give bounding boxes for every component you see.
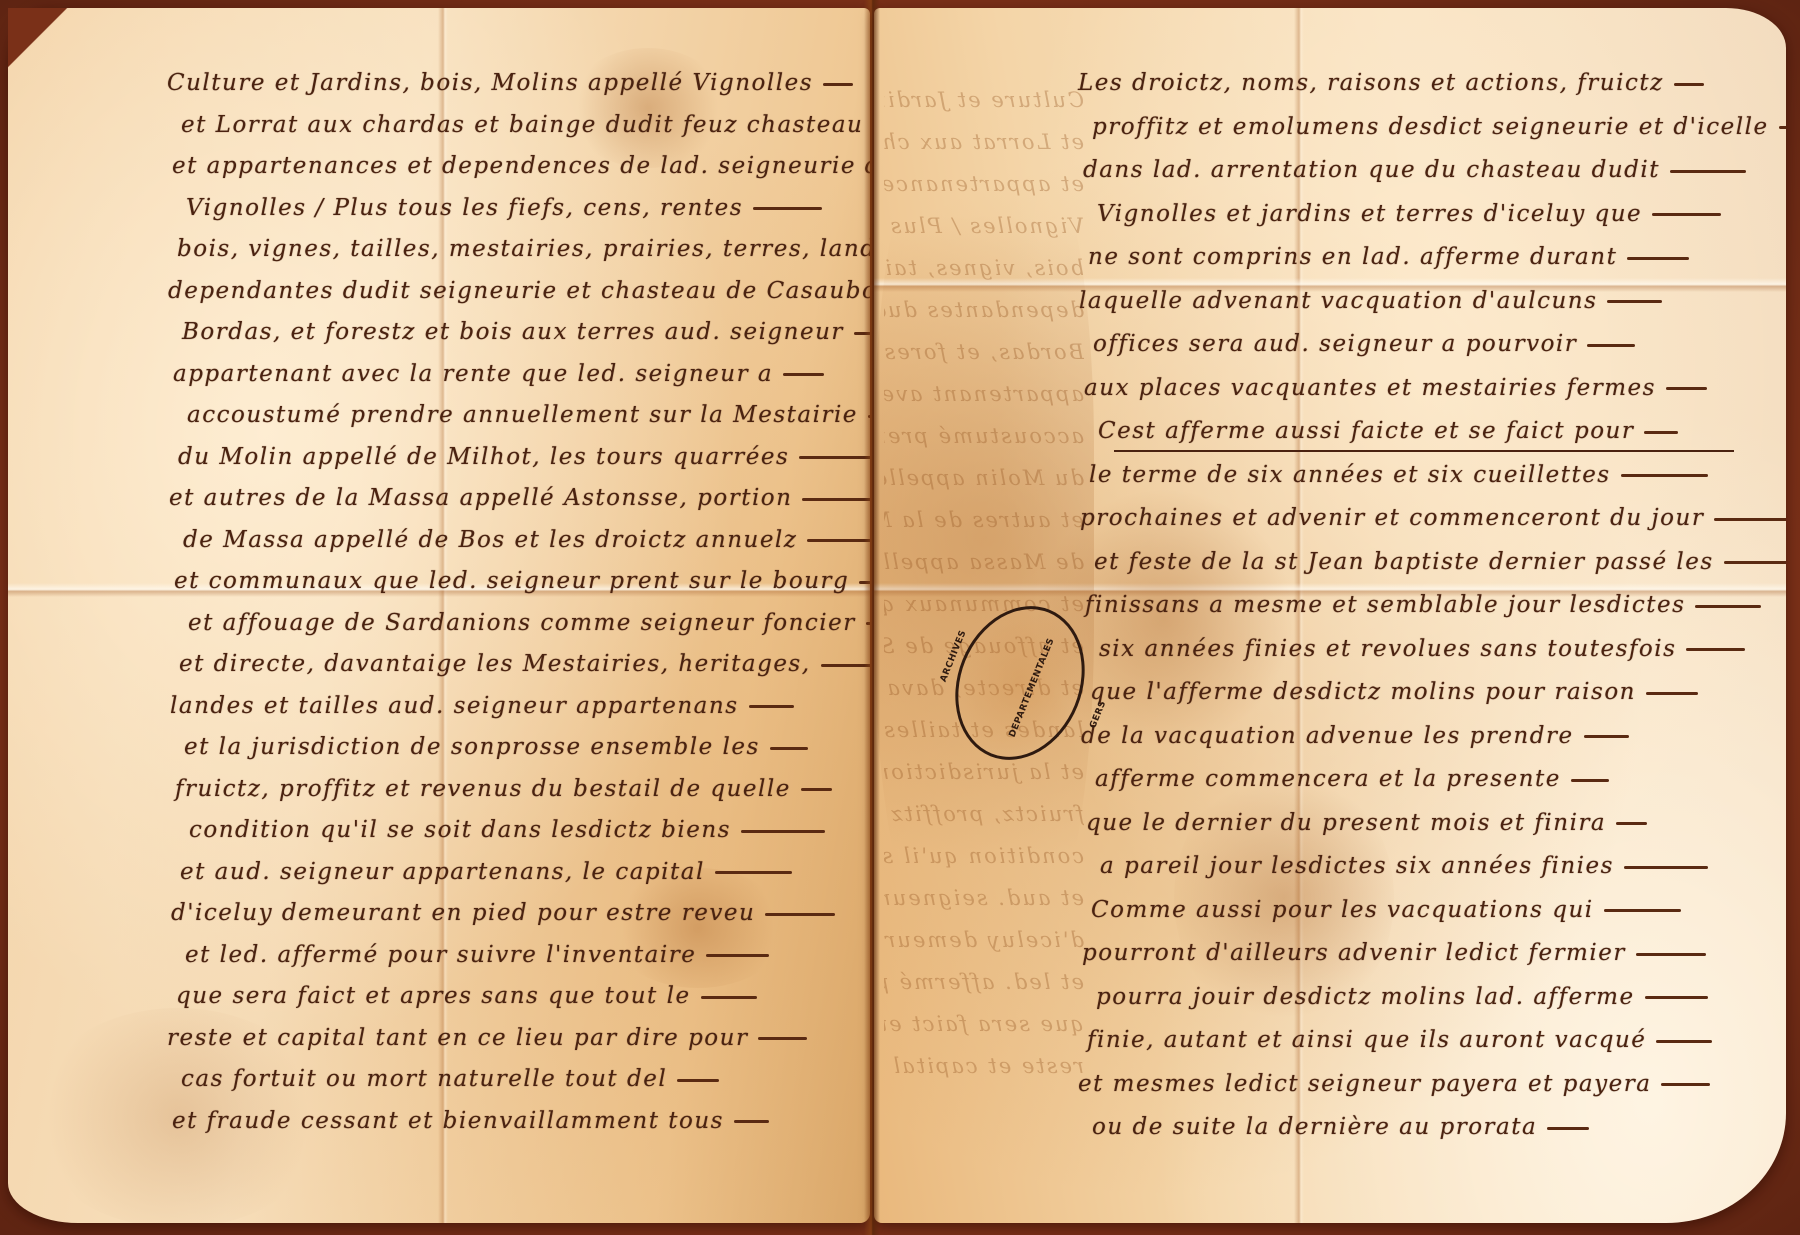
line-text: laquelle advenant vacquation d'aulcuns [1079, 288, 1597, 314]
line-text: reste et capital tant en ce lieu par dir… [167, 1025, 748, 1051]
line-filler-stroke [1616, 822, 1647, 825]
line-text: et feste de la st Jean baptiste dernier … [1094, 549, 1714, 575]
line-filler-stroke [1670, 170, 1746, 173]
line-text: du Molin appellé de Milhot, les tours qu… [178, 444, 789, 470]
line-text: de Massa appellé de Bos et les droictz a… [183, 527, 797, 553]
manuscript-line: pourront d'ailleurs advenir ledict fermi… [1082, 940, 1706, 966]
line-text: cas fortuit ou mort naturelle tout del [181, 1066, 667, 1092]
line-filler-stroke [1646, 692, 1698, 695]
line-filler-stroke [753, 207, 822, 210]
line-text: et directe, davantaige les Mestairies, h… [179, 651, 811, 677]
manuscript-line: Cest afferme aussi faicte et se faict po… [1098, 418, 1678, 444]
line-text: et affouage de Sardanions comme seigneur… [188, 610, 856, 636]
line-text: ne sont comprins en lad. afferme durant [1088, 244, 1617, 270]
manuscript-line: du Molin appellé de Milhot, les tours qu… [178, 444, 870, 470]
line-text: finie, autant et ainsi que ils auront va… [1087, 1027, 1646, 1053]
line-filler-stroke [1607, 300, 1662, 303]
manuscript-line: que sera faict et apres sans que tout le [176, 983, 757, 1009]
line-filler-stroke [1779, 126, 1786, 129]
manuscript-line: cas fortuit ou mort naturelle tout del [181, 1066, 719, 1092]
manuscript-line: et Lorrat aux chardas et bainge dudit fe… [181, 112, 870, 138]
line-filler-stroke [1644, 431, 1678, 434]
line-text: ou de suite la dernière au prorata [1092, 1114, 1537, 1140]
binding-gutter [864, 0, 880, 1235]
line-filler-stroke [758, 1037, 807, 1040]
line-text: Les droictz, noms, raisons et actions, f… [1078, 70, 1664, 96]
line-text: Bordas, et forestz et bois aux terres au… [182, 319, 844, 345]
manuscript-photo: Culture et Jardins, bois, Molins appellé… [0, 0, 1800, 1235]
line-text: et autres de la Massa appellé Astonsse, … [169, 485, 792, 511]
line-text: que sera faict et apres sans que tout le [176, 983, 691, 1009]
manuscript-line: finissans a mesme et semblable jour lesd… [1085, 592, 1761, 618]
manuscript-line: et appartenances et dependences de lad. … [172, 153, 870, 179]
manuscript-line: et mesmes ledict seigneur payera et paye… [1078, 1071, 1710, 1097]
manuscript-line: fruictz, proffitz et revenus du bestail … [175, 776, 832, 802]
manuscript-line: Bordas, et forestz et bois aux terres au… [182, 319, 870, 345]
line-filler-stroke [783, 373, 824, 376]
line-text: et la jurisdiction de sonprosse ensemble… [184, 734, 760, 760]
line-text: bois, vignes, tailles, mestairies, prair… [177, 236, 870, 262]
manuscript-line: Vignolles et jardins et terres d'iceluy … [1097, 201, 1721, 227]
line-filler-stroke [706, 954, 769, 957]
line-filler-stroke [741, 830, 825, 833]
line-text: et Lorrat aux chardas et bainge dudit fe… [181, 112, 863, 138]
line-filler-stroke [1656, 1040, 1712, 1043]
manuscript-line: de Massa appellé de Bos et les droictz a… [183, 527, 870, 553]
line-text: Vignolles / Plus tous les fiefs, cens, r… [186, 195, 743, 221]
line-text: dependantes dudit seigneurie et chasteau… [168, 278, 870, 304]
line-filler-stroke [1724, 561, 1786, 564]
manuscript-line: laquelle advenant vacquation d'aulcuns [1079, 288, 1662, 314]
manuscript-line: d'iceluy demeurant en pied pour estre re… [171, 900, 835, 926]
manuscript-line: de la vacquation advenue les prendre [1081, 723, 1629, 749]
manuscript-line: prochaines et advenir et commenceront du… [1080, 505, 1786, 531]
manuscript-line: dependantes dudit seigneurie et chasteau… [168, 278, 870, 304]
line-text: que l'afferme desdictz molins pour raiso… [1090, 679, 1636, 705]
line-text: et led. affermé pour suivre l'inventaire [185, 942, 696, 968]
line-filler-stroke [1636, 953, 1706, 956]
stamp-line-2: DEPARTEMENTALES [1006, 636, 1059, 740]
manuscript-line: offices sera aud. seigneur a pourvoir [1093, 331, 1635, 357]
manuscript-line: et autres de la Massa appellé Astonsse, … [169, 485, 870, 511]
line-text: landes et tailles aud. seigneur apparten… [170, 693, 739, 719]
line-filler-stroke [1627, 257, 1689, 260]
manuscript-line: six années finies et revolues sans toute… [1099, 636, 1745, 662]
manuscript-line: condition qu'il se soit dans lesdictz bi… [189, 817, 825, 843]
manuscript-line: reste et capital tant en ce lieu par dir… [167, 1025, 807, 1051]
stamp-line-3: GERS [1086, 699, 1110, 731]
manuscript-line: et feste de la st Jean baptiste dernier … [1094, 549, 1786, 575]
manuscript-line: Comme aussi pour les vacquations qui [1091, 897, 1681, 923]
line-text: a pareil jour lesdictes six années finie… [1100, 853, 1614, 879]
line-filler-stroke [1645, 996, 1708, 999]
manuscript-line: dans lad. arrentation que du chasteau du… [1083, 157, 1746, 183]
line-filler-stroke [1661, 1083, 1710, 1086]
line-text: dans lad. arrentation que du chasteau du… [1083, 157, 1660, 183]
line-filler-stroke [1695, 605, 1761, 608]
manuscript-line: et led. affermé pour suivre l'inventaire [185, 942, 769, 968]
manuscript-line: ne sont comprins en lad. afferme durant [1088, 244, 1689, 270]
line-text: Culture et Jardins, bois, Molins appellé… [167, 70, 813, 96]
manuscript-line: pourra jouir desdictz molins lad. afferm… [1096, 984, 1708, 1010]
line-filler-stroke [1547, 1127, 1589, 1130]
line-filler-stroke [1666, 387, 1707, 390]
line-filler-stroke [823, 83, 853, 86]
line-filler-stroke [1686, 648, 1745, 651]
line-filler-stroke [799, 456, 870, 459]
line-text: fruictz, proffitz et revenus du bestail … [175, 776, 791, 802]
line-text: et mesmes ledict seigneur payera et paye… [1078, 1071, 1651, 1097]
manuscript-line: et affouage de Sardanions comme seigneur… [188, 610, 870, 636]
line-text: finissans a mesme et semblable jour lesd… [1085, 592, 1685, 618]
line-filler-stroke [715, 871, 792, 874]
line-filler-stroke [701, 996, 757, 999]
torn-corner [8, 8, 78, 68]
line-filler-stroke [1587, 344, 1635, 347]
line-filler-stroke [1621, 474, 1708, 477]
line-filler-stroke [807, 539, 870, 542]
line-text: Comme aussi pour les vacquations qui [1091, 897, 1594, 923]
manuscript-line: proffitz et emolumens desdict seigneurie… [1092, 114, 1786, 140]
manuscript-line: et la jurisdiction de sonprosse ensemble… [184, 734, 808, 760]
line-text: proffitz et emolumens desdict seigneurie… [1092, 114, 1769, 140]
manuscript-line: ou de suite la dernière au prorata [1092, 1114, 1589, 1140]
manuscript-line: appartenant avec la rente que led. seign… [173, 361, 824, 387]
line-text: pourront d'ailleurs advenir ledict fermi… [1082, 940, 1626, 966]
manuscript-line: et aud. seigneur appartenans, le capital [180, 859, 792, 885]
manuscript-line: finie, autant et ainsi que ils auront va… [1087, 1027, 1712, 1053]
line-filler-stroke [1652, 213, 1721, 216]
manuscript-line: accoustumé prendre annuellement sur la M… [187, 402, 870, 428]
line-text: et appartenances et dependences de lad. … [172, 153, 870, 179]
line-text: pourra jouir desdictz molins lad. afferm… [1096, 984, 1635, 1010]
line-filler-stroke [1604, 909, 1681, 912]
line-text: offices sera aud. seigneur a pourvoir [1093, 331, 1577, 357]
line-text: accoustumé prendre annuellement sur la M… [187, 402, 858, 428]
manuscript-line: Les droictz, noms, raisons et actions, f… [1078, 70, 1704, 96]
line-filler-stroke [1674, 83, 1704, 86]
line-text: et communaux que led. seigneur prent sur… [174, 568, 849, 594]
line-text: et aud. seigneur appartenans, le capital [180, 859, 705, 885]
line-text: de la vacquation advenue les prendre [1081, 723, 1574, 749]
line-text: Cest afferme aussi faicte et se faict po… [1098, 418, 1634, 444]
left-page-text: Culture et Jardins, bois, Molins appellé… [8, 8, 870, 1223]
line-text: le terme de six années et six cueillette… [1089, 462, 1611, 488]
manuscript-line: a pareil jour lesdictes six années finie… [1100, 853, 1708, 879]
manuscript-line: que le dernier du present mois et finira [1086, 810, 1647, 836]
line-text: d'iceluy demeurant en pied pour estre re… [171, 900, 755, 926]
line-filler-stroke [765, 913, 835, 916]
line-filler-stroke [1714, 518, 1786, 521]
line-filler-stroke [749, 705, 794, 708]
line-filler-stroke [802, 498, 870, 501]
stamp-line-1: ARCHIVES [937, 628, 971, 684]
manuscript-line: et communaux que led. seigneur prent sur… [174, 568, 870, 594]
line-filler-stroke [770, 747, 808, 750]
line-filler-stroke [821, 664, 870, 667]
line-filler-stroke [677, 1079, 719, 1082]
line-text: et fraude cessant et bienvaillamment tou… [172, 1108, 724, 1134]
line-text: aux places vacquantes et mestairies ferm… [1084, 375, 1656, 401]
line-text: appartenant avec la rente que led. seign… [173, 361, 773, 387]
line-text: afferme commencera et la presente [1095, 766, 1561, 792]
manuscript-line: le terme de six années et six cueillette… [1089, 462, 1708, 488]
line-filler-stroke [734, 1120, 769, 1123]
manuscript-line: que l'afferme desdictz molins pour raiso… [1090, 679, 1698, 705]
line-filler-stroke [801, 788, 832, 791]
left-page: Culture et Jardins, bois, Molins appellé… [8, 8, 870, 1223]
line-text: que le dernier du present mois et finira [1086, 810, 1606, 836]
manuscript-line: afferme commencera et la presente [1095, 766, 1609, 792]
manuscript-line: aux places vacquantes et mestairies ferm… [1084, 375, 1707, 401]
line-text: condition qu'il se soit dans lesdictz bi… [189, 817, 731, 843]
manuscript-line: landes et tailles aud. seigneur apparten… [170, 693, 794, 719]
line-filler-stroke [1571, 779, 1609, 782]
line-text: prochaines et advenir et commenceront du… [1080, 505, 1704, 531]
line-text: six années finies et revolues sans toute… [1099, 636, 1676, 662]
line-text: Vignolles et jardins et terres d'iceluy … [1097, 201, 1642, 227]
underline-rule [1114, 450, 1734, 452]
manuscript-line: Vignolles / Plus tous les fiefs, cens, r… [186, 195, 822, 221]
manuscript-line: Culture et Jardins, bois, Molins appellé… [167, 70, 853, 96]
manuscript-line: bois, vignes, tailles, mestairies, prair… [177, 236, 870, 262]
line-filler-stroke [1584, 735, 1629, 738]
manuscript-line: et fraude cessant et bienvaillamment tou… [172, 1108, 769, 1134]
line-filler-stroke [1624, 866, 1708, 869]
manuscript-line: et directe, davantaige les Mestairies, h… [179, 651, 870, 677]
